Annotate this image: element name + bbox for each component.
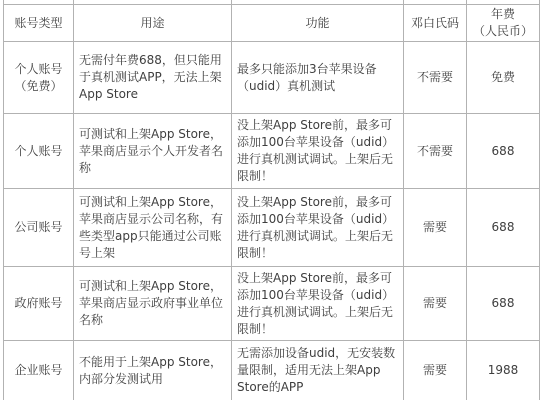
cell-function: 没上架App Store前，最多可添加100台苹果设备（udid）进行真机测试调…: [232, 267, 404, 341]
header-cell-account-type: 账号类型: [4, 5, 74, 42]
account-comparison-table: 账号类型 用途 功能 邓白氏码 年费 （人民币） 个人账号 （免费） 无需付年费…: [3, 4, 540, 400]
table-header-row: 账号类型 用途 功能 邓白氏码 年费 （人民币）: [4, 5, 540, 42]
gridline-stub: [403, 0, 404, 4]
header-cell-annual-fee: 年费 （人民币）: [467, 5, 540, 42]
gridline-stub: [466, 0, 467, 4]
cell-account-type: 公司账号: [4, 189, 74, 267]
page: 账号类型 用途 功能 邓白氏码 年费 （人民币） 个人账号 （免费） 无需付年费…: [0, 0, 547, 400]
header-cell-function: 功能: [232, 5, 404, 42]
cell-account-type: 政府账号: [4, 267, 74, 341]
table-row-personal: 个人账号 可测试和上架App Store，苹果商店显示个人开发者名称 没上架Ap…: [4, 114, 540, 189]
cell-function: 无需添加设备udid，无安装数量限制，适用无法上架App Store的APP: [232, 341, 404, 400]
table-row-government: 政府账号 可测试和上架App Store，苹果商店显示政府事业单位名称 没上架A…: [4, 267, 540, 341]
cell-annual-fee: 688: [467, 114, 540, 189]
cell-purpose: 可测试和上架App Store，苹果商店显示公司名称，有些类型app只能通过公司…: [74, 189, 232, 267]
cell-account-type: 个人账号: [4, 114, 74, 189]
cell-account-type: 个人账号 （免费）: [4, 42, 74, 114]
cell-purpose: 可测试和上架App Store，苹果商店显示政府事业单位名称: [74, 267, 232, 341]
cell-function: 没上架App Store前，最多可添加100台苹果设备（udid）进行真机测试调…: [232, 189, 404, 267]
header-cell-purpose: 用途: [74, 5, 232, 42]
header-cell-duns: 邓白氏码: [404, 5, 467, 42]
cell-duns: 不需要: [404, 42, 467, 114]
table-row-company: 公司账号 可测试和上架App Store，苹果商店显示公司名称，有些类型app只…: [4, 189, 540, 267]
gridline-stub: [3, 0, 4, 4]
cell-function: 没上架App Store前，最多可添加100台苹果设备（udid）进行真机测试调…: [232, 114, 404, 189]
cell-duns: 不需要: [404, 114, 467, 189]
cell-duns: 需要: [404, 341, 467, 400]
table-row-personal-free: 个人账号 （免费） 无需付年费688，但只能用于真机测试APP，无法上架App …: [4, 42, 540, 114]
table-row-enterprise: 企业账号 不能用于上架App Store，内部分发测试用 无需添加设备udid，…: [4, 341, 540, 400]
cell-annual-fee: 688: [467, 267, 540, 341]
cell-annual-fee: 免费: [467, 42, 540, 114]
gridline-stub: [539, 0, 540, 4]
cell-duns: 需要: [404, 189, 467, 267]
gridline-stub: [231, 0, 232, 4]
cell-purpose: 不能用于上架App Store，内部分发测试用: [74, 341, 232, 400]
cell-annual-fee: 688: [467, 189, 540, 267]
cell-account-type: 企业账号: [4, 341, 74, 400]
cell-purpose: 无需付年费688，但只能用于真机测试APP，无法上架App Store: [74, 42, 232, 114]
gridline-stub: [73, 0, 74, 4]
cell-function: 最多只能添加3台苹果设备（udid）真机测试: [232, 42, 404, 114]
cell-annual-fee: 1988: [467, 341, 540, 400]
cell-purpose: 可测试和上架App Store，苹果商店显示个人开发者名称: [74, 114, 232, 189]
cell-duns: 需要: [404, 267, 467, 341]
